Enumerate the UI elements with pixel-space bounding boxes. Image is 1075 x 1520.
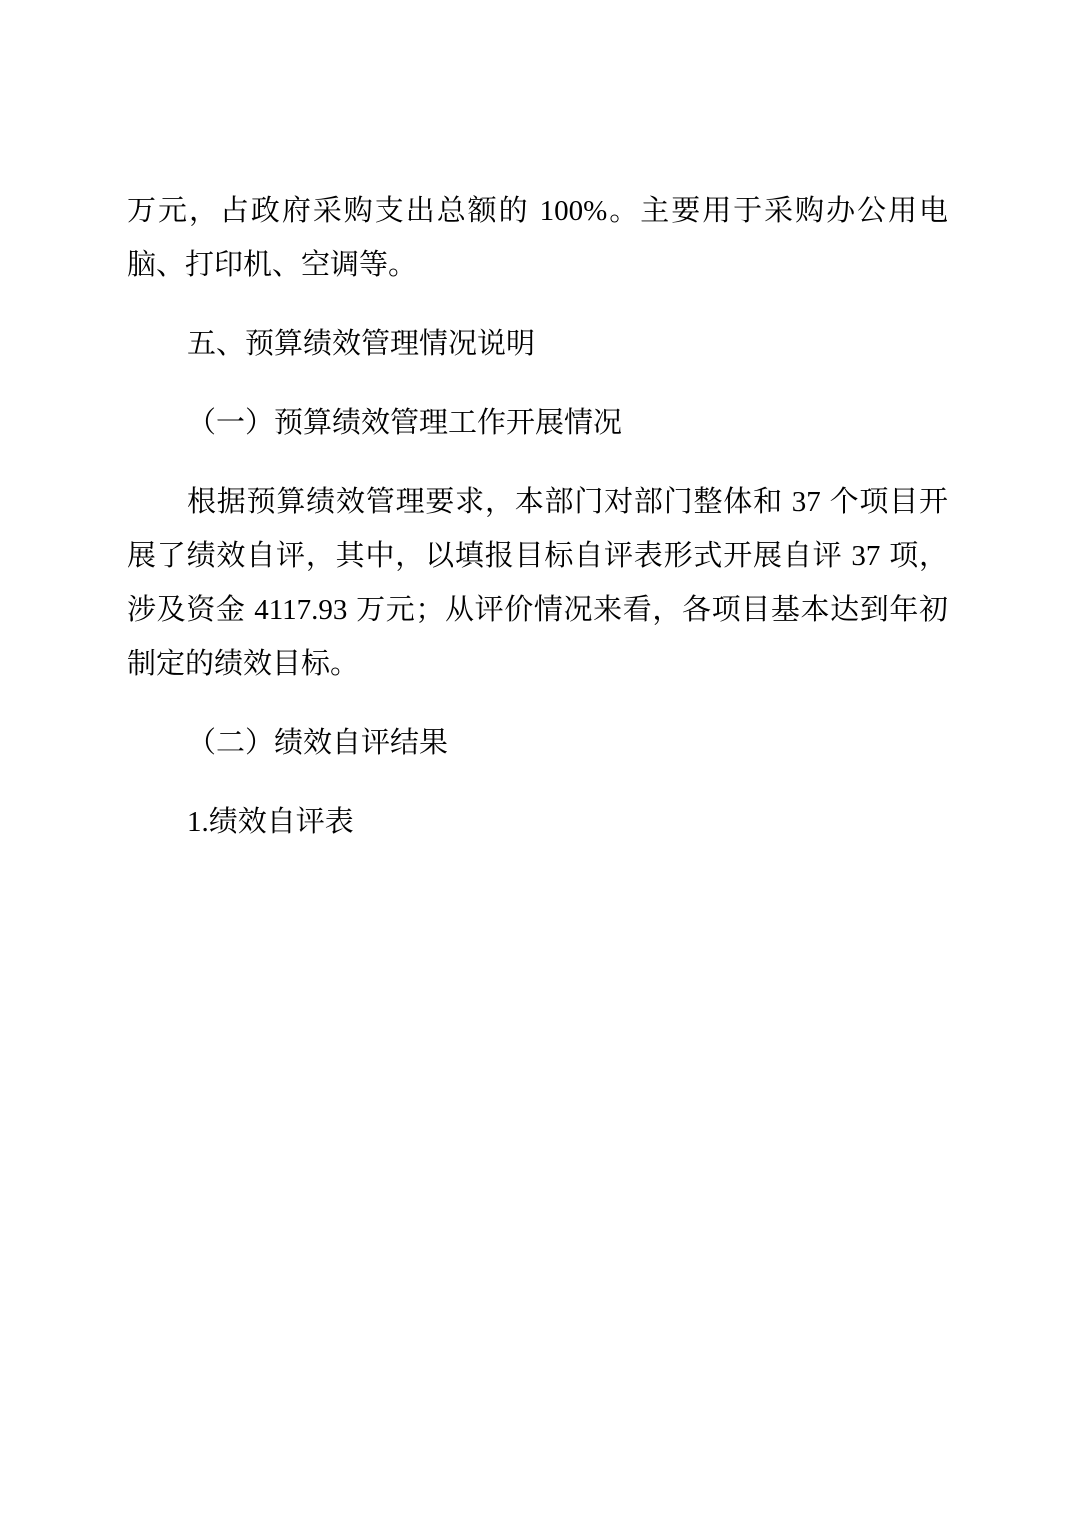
heading-section-five: 五、预算绩效管理情况说明 <box>127 317 948 371</box>
numeral-text: 37 <box>851 540 880 572</box>
text-line: 制定的绩效目标。 <box>127 637 948 691</box>
text-line: 脑、打印机、空调等。 <box>127 238 948 292</box>
text-line: 万元，占政府采购支出总额的 100%。主要用于采购办公用电 <box>127 184 948 238</box>
document-page: 万元，占政府采购支出总额的 100%。主要用于采购办公用电脑、打印机、空调等。五… <box>0 0 1075 1520</box>
text-line: （一）预算绩效管理工作开展情况 <box>127 396 948 450</box>
numeral-text: 4117.93 <box>254 594 347 626</box>
numeral-text: 1. <box>187 806 209 838</box>
numeral-text: 37 <box>792 486 821 518</box>
heading-subsection-one: （一）预算绩效管理工作开展情况 <box>127 396 948 450</box>
list-item-self-evaluation-table: 1.绩效自评表 <box>127 795 948 849</box>
paragraph-procurement-continuation: 万元，占政府采购支出总额的 100%。主要用于采购办公用电脑、打印机、空调等。 <box>127 184 948 292</box>
text-line: （二）绩效自评结果 <box>127 716 948 770</box>
text-line: 五、预算绩效管理情况说明 <box>127 317 948 371</box>
text-line: 涉及资金 4117.93 万元；从评价情况来看，各项目基本达到年初 <box>127 583 948 637</box>
text-line: 展了绩效自评，其中，以填报目标自评表形式开展自评 37 项， <box>127 529 948 583</box>
paragraph-performance-self-evaluation: 根据预算绩效管理要求，本部门对部门整体和 37 个项目开展了绩效自评，其中，以填… <box>127 475 948 691</box>
heading-subsection-two: （二）绩效自评结果 <box>127 716 948 770</box>
text-line: 根据预算绩效管理要求，本部门对部门整体和 37 个项目开 <box>127 475 948 529</box>
text-line: 1.绩效自评表 <box>127 795 948 849</box>
numeral-text: 100% <box>540 195 608 227</box>
